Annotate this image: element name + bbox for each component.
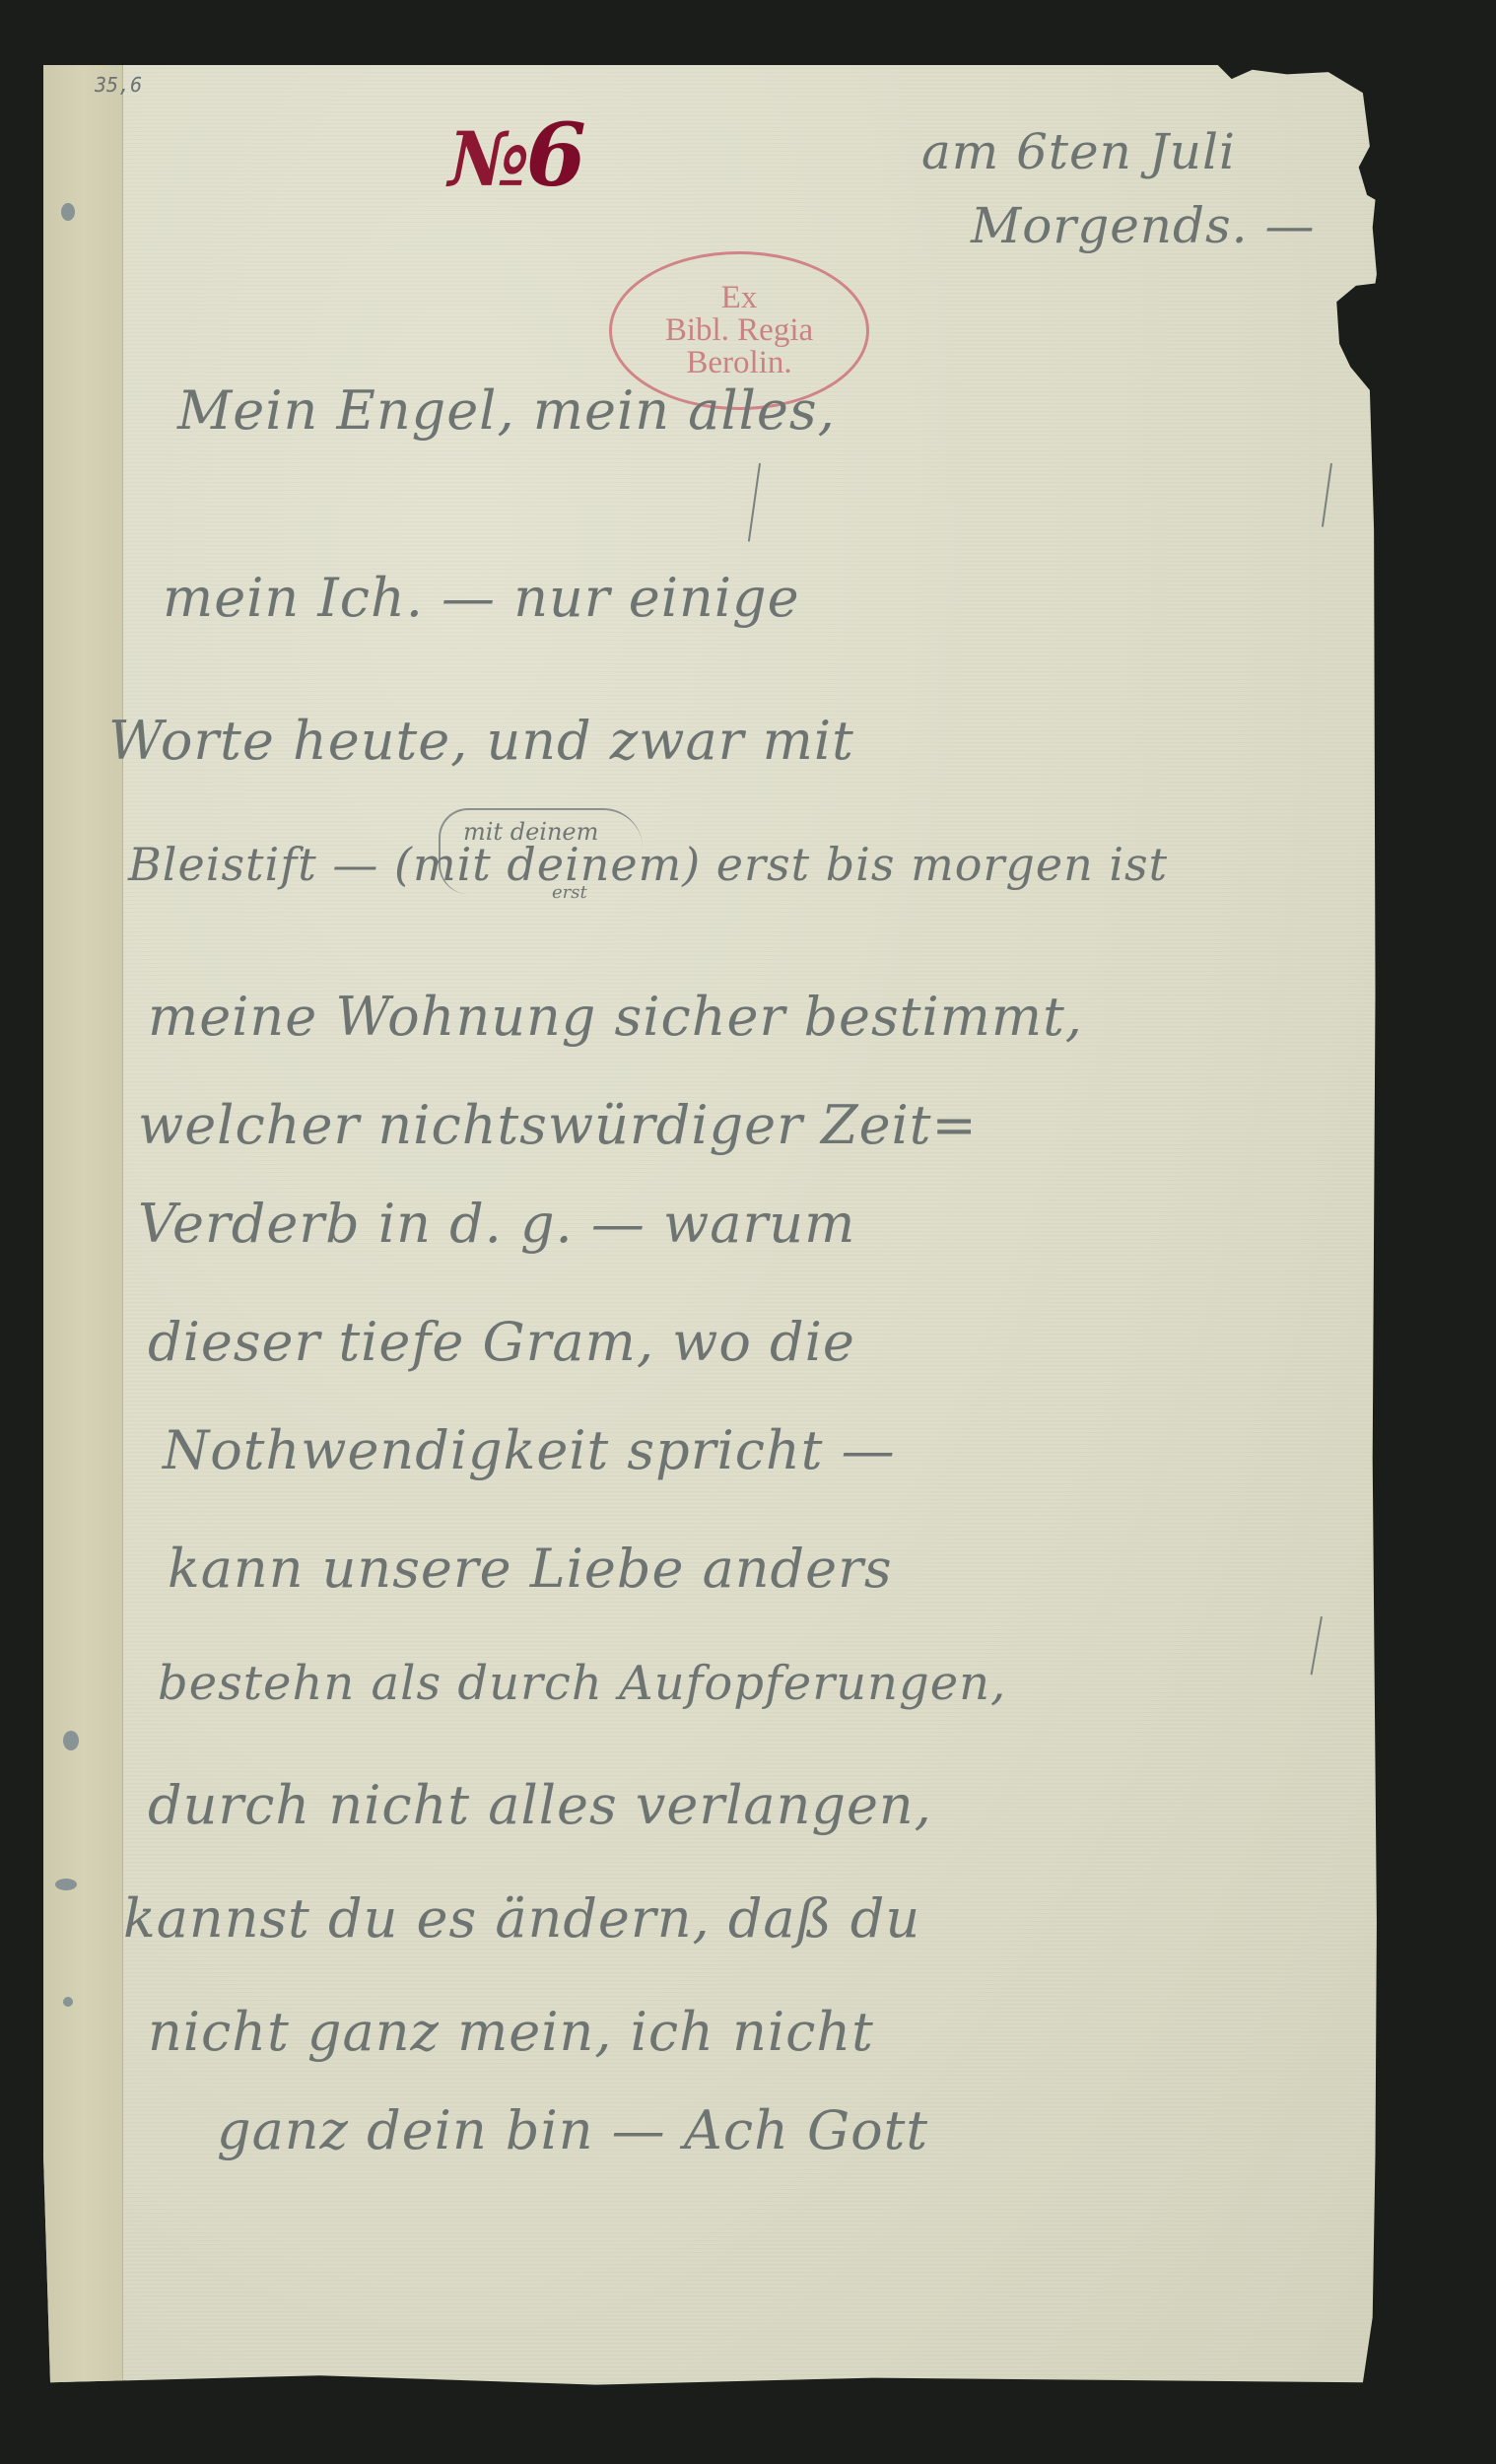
ink-spot xyxy=(61,203,75,221)
number-mark: №6 xyxy=(448,103,582,206)
number-value: 6 xyxy=(526,103,582,206)
ink-spot xyxy=(63,1997,73,2007)
letter-line: welcher nichtswürdiger Zeit= xyxy=(138,1094,978,1156)
heading-time: Morgends. — xyxy=(971,197,1315,254)
ink-spot xyxy=(63,1731,79,1750)
stamp-line-2: Bibl. Regia xyxy=(665,314,813,347)
letter-line: dieser tiefe Gram, wo die xyxy=(148,1311,855,1373)
stamp-line-3: Berolin. xyxy=(686,347,791,379)
heading-date: am 6ten Juli xyxy=(921,123,1236,180)
letter-line: kannst du es ändern, daß du xyxy=(123,1887,920,1950)
ink-spot xyxy=(55,1879,77,1890)
letter-line: ganz dein bin — Ach Gott xyxy=(217,2099,928,2161)
letter-line: Bleistift — (mit deinem) erst bis morgen… xyxy=(128,838,1168,891)
letter-line: bestehn als durch Aufopferungen, xyxy=(158,1656,1006,1711)
number-prefix: № xyxy=(448,115,526,203)
letter-line: Verderb in d. g. — warum xyxy=(138,1193,855,1255)
letter-line: nicht ganz mein, ich nicht xyxy=(148,2001,874,2063)
folio-number: 35,6 xyxy=(95,73,142,97)
letter-line: Nothwendigkeit spricht — xyxy=(163,1419,896,1481)
stamp-line-1: Ex xyxy=(721,282,758,314)
letter-line: meine Wohnung sicher bestimmt, xyxy=(148,986,1083,1048)
letter-line: kann unsere Liebe anders xyxy=(168,1538,893,1600)
letter-line: mein Ich. — nur einige xyxy=(163,567,800,629)
binding-margin-strip xyxy=(43,65,123,2387)
letter-line: Mein Engel, mein alles, xyxy=(177,379,836,442)
letter-line: Worte heute, und zwar mit xyxy=(108,710,854,772)
letter-line: durch nicht alles verlangen, xyxy=(148,1774,932,1836)
